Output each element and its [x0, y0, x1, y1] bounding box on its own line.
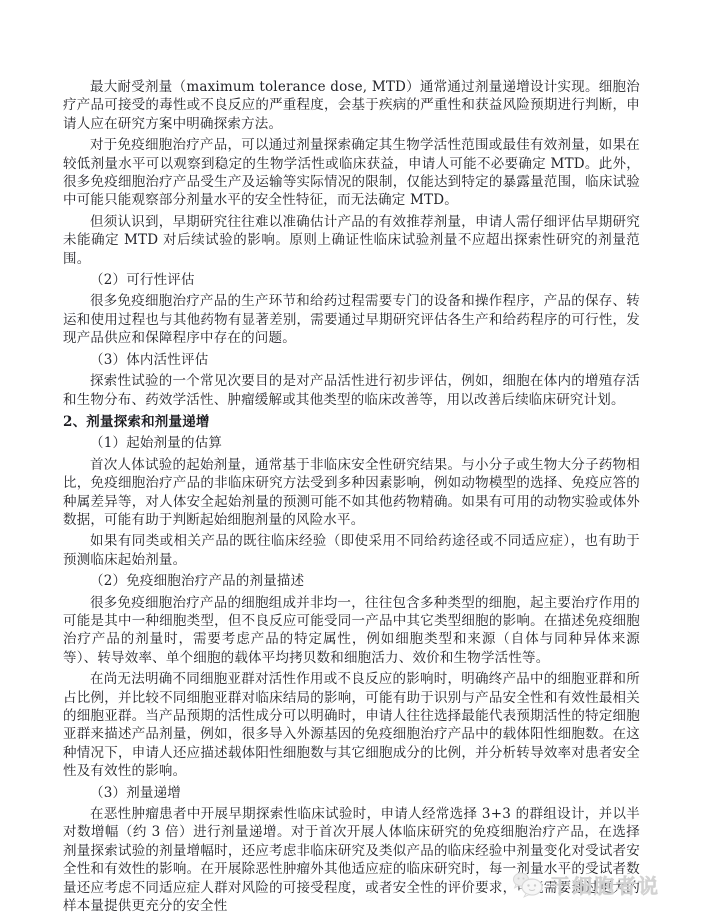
subheading: （2）免疫细胞治疗产品的剂量描述	[63, 572, 640, 590]
subheading: （3）体内活性评估	[63, 351, 640, 369]
body-paragraph: 最大耐受剂量（maximum tolerance dose, MTD）通常通过剂…	[63, 78, 640, 133]
document-page: 最大耐受剂量（maximum tolerance dose, MTD）通常通过剂…	[0, 0, 701, 913]
body-paragraph: 但须认识到，早期研究往往难以准确估计产品的有效推荐剂量，申请人需仔细评估早期研究…	[63, 213, 640, 268]
body-paragraph: 如果有同类或相关产品的既往临床经验（即使采用不同给药途径或不同适应症），也有助于…	[63, 532, 640, 569]
watermark: 干细胞者说	[512, 870, 660, 899]
section-heading: 2、剂量探索和剂量递增	[63, 413, 640, 431]
body-paragraph: 探索性试验的一个常见次要目的是对产品活性进行初步评估，例如，细胞在体内的增殖存活…	[63, 372, 640, 409]
subheading: （3）剂量递增	[63, 784, 640, 802]
body-paragraph: 很多免疫细胞治疗产品的细胞组成并非均一，往往包含多种类型的细胞，起主要治疗作用的…	[63, 594, 640, 668]
subheading: （1）起始剂量的估算	[63, 434, 640, 452]
subheading: （2）可行性评估	[63, 271, 640, 289]
body-paragraph: 很多免疫细胞治疗产品的生产环节和给药过程需要专门的设备和操作程序，产品的保存、转…	[63, 292, 640, 347]
watermark-label: 干细胞者说	[550, 870, 660, 899]
wechat-bubbles-icon	[512, 871, 544, 898]
body-paragraph: 对于免疫细胞治疗产品，可以通过剂量探索确定其生物学活性范围或最佳有效剂量，如果在…	[63, 136, 640, 210]
body-paragraph: 首次人体试验的起始剂量，通常基于非临床安全性研究结果。与小分子或生物大分子药物相…	[63, 456, 640, 530]
document-content: 最大耐受剂量（maximum tolerance dose, MTD）通常通过剂…	[63, 78, 640, 913]
body-paragraph: 在尚无法明确不同细胞亚群对活性作用或不良反应的影响时，明确终产品中的细胞亚群和所…	[63, 670, 640, 780]
